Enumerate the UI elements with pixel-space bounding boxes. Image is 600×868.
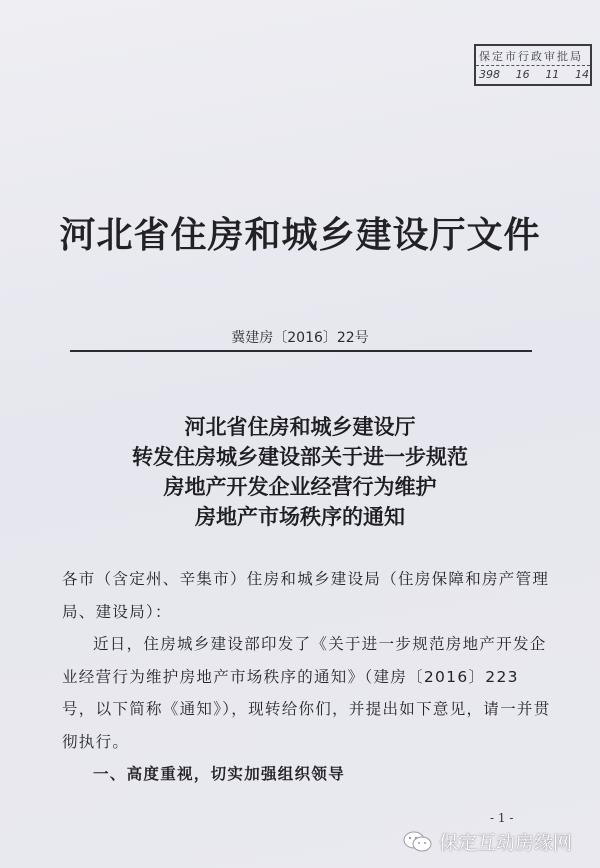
notice-title-line: 房地产市场秩序的通知: [0, 502, 600, 532]
notice-title: 河北省住房和城乡建设厅 转发住房城乡建设部关于进一步规范 房地产开发企业经营行为…: [0, 412, 600, 532]
notice-title-line: 河北省住房和城乡建设厅: [0, 412, 600, 442]
stamp-label: 保定市行政审批局: [479, 48, 583, 64]
watermark: 保定互动房缘网: [403, 828, 572, 855]
document-body: 各市（含定州、辛集市）住房和城乡建设局（住房保障和房产管理局、建设局）： 近日，…: [62, 563, 552, 791]
addressee: 各市（含定州、辛集市）住房和城乡建设局（住房保障和房产管理局、建设局）：: [62, 563, 552, 628]
stamp-day: 14: [575, 68, 589, 81]
stamp-date-row: 398 16 11 14: [479, 68, 589, 81]
stamp-month: 11: [545, 68, 559, 81]
document-number: 冀建房〔2016〕22号: [0, 327, 600, 347]
stamp-divider: [476, 65, 590, 66]
document-header-title: 河北省住房和城乡建设厅文件: [0, 207, 600, 258]
section-heading: 一、高度重视，切实加强组织领导: [62, 758, 552, 791]
stamp-year: 16: [516, 68, 530, 81]
notice-title-line: 房地产开发企业经营行为维护: [0, 472, 600, 502]
watermark-text: 保定互动房缘网: [439, 828, 572, 855]
paragraph: 近日，住房城乡建设部印发了《关于进一步规范房地产开发企业经营行为维护房地产市场秩…: [62, 628, 552, 758]
received-stamp: 保定市行政审批局 398 16 11 14: [474, 44, 592, 86]
stamp-number: 398: [479, 68, 500, 81]
notice-title-line: 转发住房城乡建设部关于进一步规范: [0, 442, 600, 472]
page-number: - 1 -: [490, 811, 513, 825]
header-divider: [70, 350, 532, 352]
wechat-icon: [403, 831, 433, 853]
